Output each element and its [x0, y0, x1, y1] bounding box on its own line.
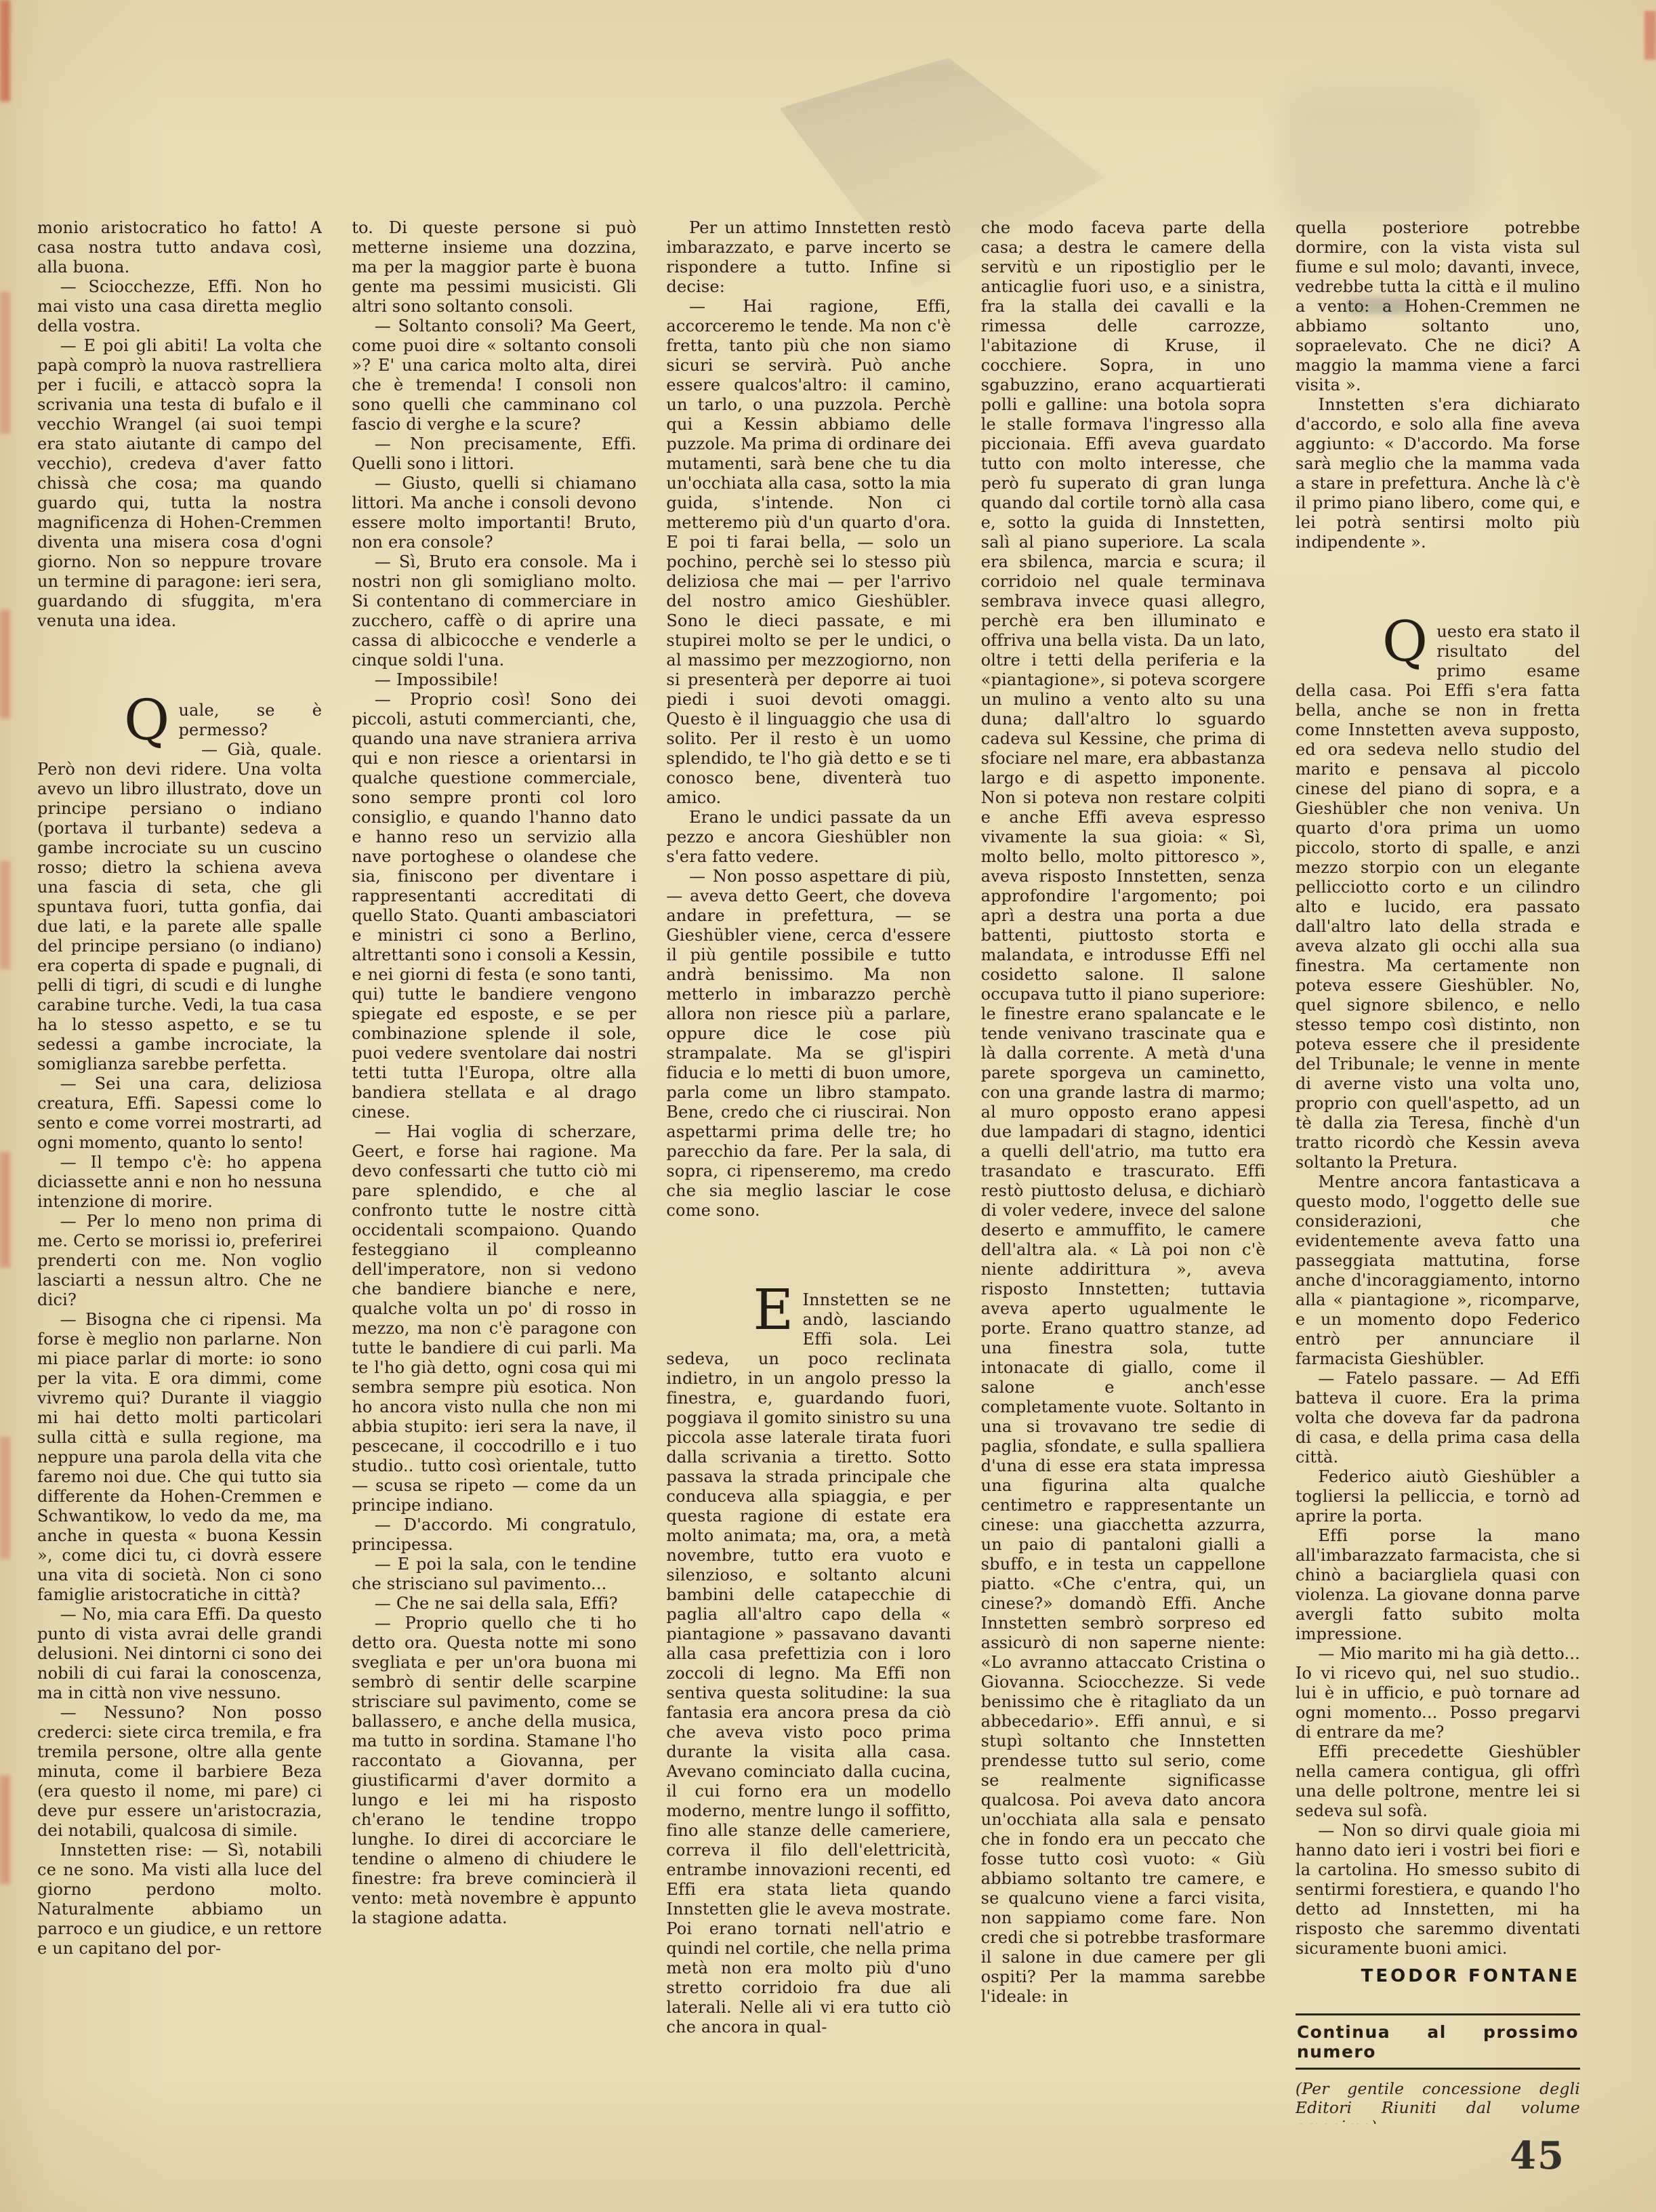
- text-column-5: quella posteriore potrebbe dormire, con …: [1296, 218, 1580, 2124]
- paragraph: — Soltanto consoli? Ma Geert, come puoi …: [352, 316, 636, 434]
- paragraph: Effi precedette Gieshübler nella camera …: [1296, 1742, 1580, 1821]
- author-signature: TEODOR FONTANE: [1296, 1967, 1580, 1986]
- red-edge-mark: [0, 291, 10, 434]
- paragraph: — Sei una cara, deliziosa creatura, Effi…: [37, 1074, 322, 1153]
- paragraph: to. Di queste persone si può metterne in…: [352, 218, 636, 316]
- paragraph: — E poi la sala, con le tendine che stri…: [352, 1555, 636, 1594]
- text-column-3: Per un attimo Innstetten restò imbarazza…: [666, 218, 951, 2124]
- paragraph: Per un attimo Innstetten restò imbarazza…: [666, 218, 951, 297]
- red-corner-mark: [1644, 11, 1656, 60]
- paragraph: — D'accordo. Mi congratulo, principessa.: [352, 1515, 636, 1555]
- article-body: monio aristocratico ho fatto! A casa nos…: [37, 218, 1580, 2124]
- red-edge-mark: [0, 1152, 10, 1267]
- paragraph: Federico aiutò Gieshübler a togliersi la…: [1296, 1467, 1580, 1526]
- drop-cap-letter: E: [753, 1292, 793, 1330]
- paragraph: — Proprio così! Sono dei piccoli, astuti…: [352, 690, 636, 1122]
- paragraph: — Sciocchezze, Effi. Non ho mai visto un…: [37, 277, 322, 336]
- drop-cap-letter: Q: [124, 702, 169, 741]
- paragraph: Innstetten rise: — Sì, notabili ce ne so…: [37, 1841, 322, 1959]
- paragraph: Erano le undici passate da un pezzo e an…: [666, 808, 951, 867]
- paragraph: — E poi gli abiti! La volta che papà com…: [37, 336, 322, 631]
- text-column-4: che modo faceva parte della casa; a dest…: [981, 218, 1266, 2124]
- paragraph: Innstetten s'era dichiarato d'accordo, e…: [1296, 395, 1580, 552]
- paragraph: — Non so dirvi quale gioia mi hanno dato…: [1296, 1821, 1580, 1959]
- text-column-1: monio aristocratico ho fatto! A casa nos…: [37, 218, 322, 2124]
- drop-cap-paragraph: EInnstetten se ne andò, lasciando Effi s…: [666, 1290, 951, 2037]
- paragraph: — Mio marito mi ha già detto... Io vi ri…: [1296, 1644, 1580, 1742]
- continua-heading: Continua al prossimo numero: [1296, 2013, 1580, 2070]
- text-column-2: to. Di queste persone si può metterne in…: [352, 218, 636, 2124]
- drop-cap-letter: Q: [1382, 623, 1428, 662]
- red-edge-mark: [0, 610, 10, 718]
- concession-note: (Per gentile concessione degli Editori R…: [1296, 2079, 1580, 2124]
- paragraph: — Non posso aspettare di più, — aveva de…: [666, 867, 951, 1221]
- showthrough-stain-2: [1284, 88, 1481, 224]
- paragraph: monio aristocratico ho fatto! A casa nos…: [37, 218, 322, 277]
- paragraph: quella posteriore potrebbe dormire, con …: [1296, 218, 1580, 395]
- page-number: 45: [1510, 2133, 1565, 2178]
- red-edge-mark: [0, 861, 10, 969]
- paragraph: — Per lo meno non prima di me. Certo se …: [37, 1212, 322, 1310]
- paragraph: — Impossibile!: [352, 670, 636, 690]
- paragraph: — Fatelo passare. — Ad Effi batteva il c…: [1296, 1369, 1580, 1467]
- paragraph: Effi porse la mano all'imbarazzato farma…: [1296, 1526, 1580, 1644]
- red-edge-mark: [0, 0, 10, 102]
- paragraph: — Già, quale. Però non devi ridere. Una …: [37, 740, 322, 1074]
- magazine-page: { "page": { "number": "45", "author_sign…: [0, 0, 1656, 2212]
- paragraph: — No, mia cara Effi. Da questo punto di …: [37, 1605, 322, 1703]
- paragraph: — Hai ragione, Effi, accorceremo le tend…: [666, 297, 951, 808]
- paragraph: — Giusto, quelli si chiamano littori. Ma…: [352, 474, 636, 552]
- paragraph: — Nessuno? Non posso crederci: siete cir…: [37, 1703, 322, 1841]
- paragraph: — Non precisamente, Effi. Quelli sono i …: [352, 434, 636, 474]
- red-edge-mark: [0, 1776, 10, 1884]
- paragraph: — Proprio quello che ti ho detto ora. Qu…: [352, 1614, 636, 1928]
- paragraph: — Hai voglia di scherzare, Geert, e fors…: [352, 1122, 636, 1515]
- paragraph: — Bisogna che ci ripensi. Ma forse è meg…: [37, 1310, 322, 1605]
- red-edge-mark: [0, 1437, 10, 1559]
- paragraph: — Che ne sai della sala, Effi?: [352, 1594, 636, 1614]
- paragraph: che modo faceva parte della casa; a dest…: [981, 218, 1266, 2007]
- paragraph: Mentre ancora fantasticava a questo modo…: [1296, 1172, 1580, 1369]
- drop-cap-paragraph: Questo era stato il risultato del primo …: [1296, 622, 1580, 1172]
- drop-cap-paragraph: Quale, se è permesso?: [37, 701, 322, 740]
- paragraph: — Sì, Bruto era console. Ma i nostri non…: [352, 552, 636, 670]
- paragraph: — Il tempo c'è: ho appena diciassette an…: [37, 1153, 322, 1212]
